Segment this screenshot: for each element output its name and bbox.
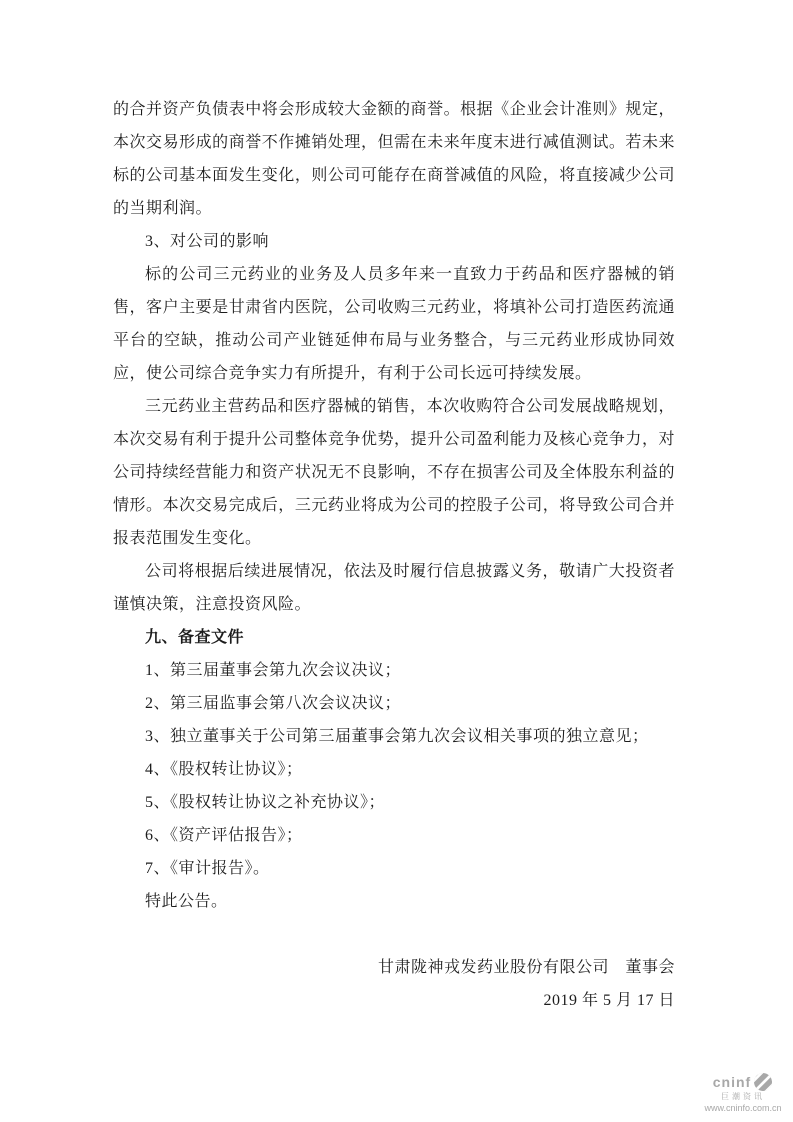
list-item-3: 3、独立董事关于公司第三届董事会第九次会议相关事项的独立意见； (113, 720, 675, 753)
signature-block: 甘肃陇神戎发药业股份有限公司 董事会 2019 年 5 月 17 日 (113, 951, 675, 1017)
list-item-4: 4、《股权转让协议》； (113, 753, 675, 786)
cninfo-brand-text: cninf (713, 1075, 751, 1090)
subsection-heading-company-impact: 3、对公司的影响 (113, 225, 675, 258)
list-item-2: 2、第三届监事会第八次会议决议； (113, 687, 675, 720)
signature-company: 甘肃陇神戎发药业股份有限公司 董事会 (113, 951, 675, 984)
body-paragraph-target-business: 标的公司三元药业的业务及人员多年来一直致力于药品和医疗器械的销售，客户主要是甘肃… (113, 258, 675, 390)
paragraph-goodwill-continuation: 的合并资产负债表中将会形成较大金额的商誉。根据《企业会计准则》规定，本次交易形成… (113, 93, 675, 225)
cninfo-swirl-icon (753, 1072, 773, 1092)
cninfo-brand-cn: 巨潮资讯 (697, 1093, 789, 1102)
list-item-1: 1、第三届董事会第九次会议决议； (113, 654, 675, 687)
cninfo-brand-row: cninf (713, 1072, 773, 1092)
section-heading-reference-documents: 九、备查文件 (113, 621, 675, 654)
list-item-5: 5、《股权转让协议之补充协议》； (113, 786, 675, 819)
cninfo-url: www.cninfo.com.cn (697, 1104, 789, 1114)
document-body: 的合并资产负债表中将会形成较大金额的商誉。根据《企业会计准则》规定，本次交易形成… (0, 0, 793, 1017)
list-item-6: 6、《资产评估报告》； (113, 819, 675, 852)
list-item-7: 7、《审计报告》。 (113, 852, 675, 885)
signature-date: 2019 年 5 月 17 日 (113, 984, 675, 1017)
body-paragraph-disclosure-notice: 公司将根据后续进展情况，依法及时履行信息披露义务，敬请广大投资者谨慎决策，注意投… (113, 555, 675, 621)
body-paragraph-strategy: 三元药业主营药品和医疗器械的销售，本次收购符合公司发展战略规划，本次交易有利于提… (113, 390, 675, 555)
document-page: 的合并资产负债表中将会形成较大金额的商誉。根据《企业会计准则》规定，本次交易形成… (0, 0, 793, 1122)
cninfo-watermark: cninf 巨潮资讯 www.cninfo.com.cn (697, 1072, 789, 1114)
closing-statement: 特此公告。 (113, 885, 675, 918)
